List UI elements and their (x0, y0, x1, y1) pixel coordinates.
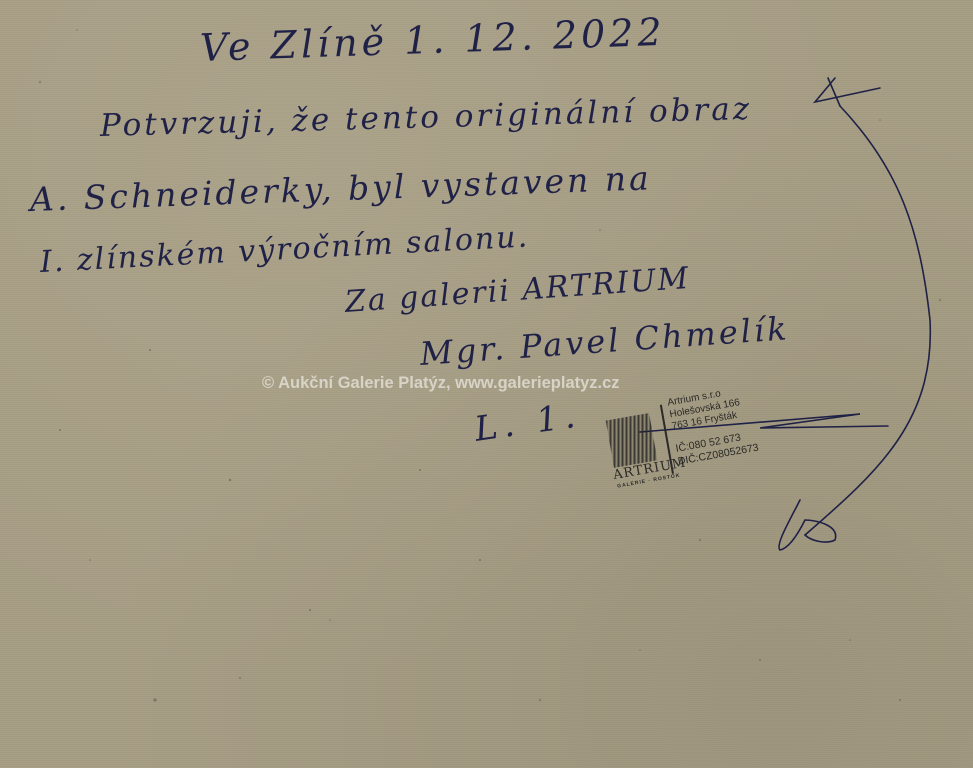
arrow-curve (805, 106, 930, 535)
document-photo: Ve Zlíně 1. 12. 2022 Potvrzuji, že tento… (0, 0, 973, 768)
artrium-logo-icon (606, 413, 658, 468)
arrow-head-icon (815, 78, 880, 106)
signature-flourish-icon (779, 500, 836, 550)
stamp-ids: IČ:080 52 673 DIČ:CZ08052673 (675, 429, 760, 469)
watermark-text: © Aukční Galerie Platýz, www.galerieplat… (262, 374, 620, 393)
stamp-address: Artrium s.r.o Holešovská 166 763 16 Fryš… (667, 385, 743, 433)
